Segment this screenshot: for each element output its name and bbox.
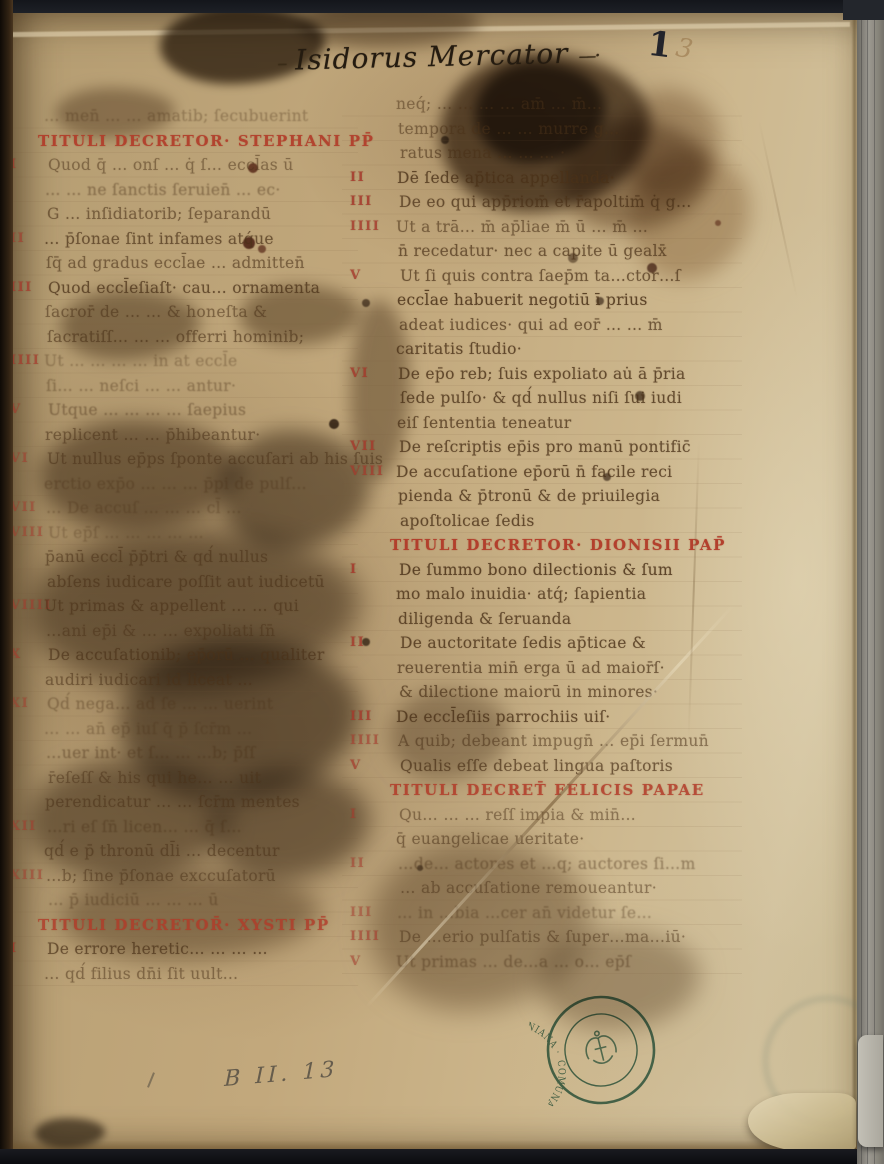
manuscript-line: Utque … … … … ſaepius — [48, 398, 360, 423]
manuscript-line: De eccl̄eſiis parrochiis uiſ· — [396, 705, 740, 730]
manuscript-line: …ani ep̄i & … … expoliati ſn̄ — [46, 619, 358, 644]
capitulum-entry: VUt primas … de…a … o… ep̄ſ — [342, 950, 742, 975]
entry-lines: Dē ſede ap̄tica appellanda· — [398, 166, 742, 191]
manuscript-line: ratus mena … … … · — [400, 141, 744, 166]
manuscript-line: … p̄ſonae ſint infames atq́ue — [44, 227, 356, 252]
capitulum-entry: VIIIUt ep̄ſ … … … … …p̄anū eccl̄ p̄p̄tri… — [2, 521, 358, 595]
book-edge-right — [857, 0, 884, 1164]
manuscript-line: ſede pulſo· & qd́ nullus niſi ſui iudi — [400, 386, 744, 411]
manuscript-line: De …erio pulſatis & ſuper…ma…iū· — [399, 925, 743, 950]
manuscript-line: reuerentia min̄ erga ū ad maior̄ſ· — [397, 656, 741, 681]
entry-lines: De ep̄o reb; ſuis expoliato au̇ ā p̄ria… — [398, 362, 742, 436]
entry-lines: Qualis eſſe debeat lingua paſtoris — [398, 754, 742, 779]
manuscript-line: erctio exp̄o … … … p̄pi de pulſ… — [44, 472, 380, 497]
header-ornament-right: ––· — [578, 43, 599, 67]
entry-lines: … in …bia …cer an̄ videtur ſe… — [398, 901, 742, 926]
capitulum-entry: II… p̄ſonae ſint infames atq́ueſq̄ ad gr… — [2, 227, 358, 276]
entry-lines: Utque … … … … ſaepiusreplicent … … p̄hib… — [46, 398, 358, 447]
chapter-numeral: I — [342, 803, 398, 852]
manuscript-line: r̄eſeſſ & his qui he… … uit — [48, 766, 360, 791]
capitulum-entry: VIUt nullus ep̄ps ſponte accuſari ab his… — [2, 447, 358, 496]
capitulum-entry: IIIDe eccl̄eſiis parrochiis uiſ· — [342, 705, 742, 730]
manuscript-line: p̄anū eccl̄ p̄p̄tri & qd́ nullus — [45, 545, 357, 570]
capitulum-entry: IDe ſummo bono dilectionis & ſummo malo … — [342, 558, 742, 632]
entry-lines: De errore heretic… … … …… qd́ filius dn̄… — [46, 937, 358, 986]
stamp-emblem-icon — [582, 1028, 619, 1067]
entry-lines: Quod eccl̄eſiaſt· cau… ornamentaſacror̄ … — [46, 276, 358, 350]
capitulum-entry: IIIIA quib; debeant impugn̄ … ep̄i ſermu… — [342, 729, 742, 754]
manuscript-line: & dilectione maiorū in minores· — [399, 680, 743, 705]
manuscript-line: A quib; debeant impugn̄ … ep̄i ſermun̄ — [398, 729, 742, 754]
manuscript-line: mo malo inuidia· atq́; ſapientia — [396, 582, 740, 607]
capitulum-entry: III… in …bia …cer an̄ videtur ſe… — [342, 901, 742, 926]
manuscript-line: replicent … … p̄hibeantur· — [45, 423, 357, 448]
capitulum-entry: VIIDe reſcriptis ep̄is pro manū pontific… — [342, 435, 742, 460]
manuscript-line: Qu… … … reſſ impia & min̄… — [399, 803, 743, 828]
chapter-numeral: V — [342, 264, 398, 362]
manuscript-line: De auctoritate ſedis ap̄ticae & — [400, 631, 744, 656]
manuscript-line: pienda & p̄tronū & de priuilegia — [398, 484, 742, 509]
entry-lines: Ut ep̄ſ … … … … …p̄anū eccl̄ p̄p̄tri & q… — [46, 521, 358, 595]
manuscript-line: Quod eccl̄eſiaſt· cau… ornamenta — [48, 276, 360, 301]
manuscript-line: q̄ euangelicae ueritate· — [396, 827, 740, 852]
entry-lines: … p̄ſonae ſint infames atq́ueſq̄ ad grad… — [46, 227, 358, 276]
entry-lines: Ut primas & appellent … … qui…ani ep̄i &… — [46, 594, 358, 643]
capitulum-entry: VUt ſi quis contra ſaep̄m ta…ctor…ſeccl̄… — [342, 264, 742, 362]
manuscript-line: audiri iudicari id liceat … — [45, 668, 357, 693]
manuscript-line: … in …bia …cer an̄ videtur ſe… — [397, 901, 741, 926]
leaf-edge-line — [867, 0, 868, 1164]
chapter-numeral: II — [342, 166, 398, 191]
manuscript-line: adeat iudices· qui ad eor̄ … … m̄ — [399, 313, 743, 338]
leaf-edge-line — [861, 0, 862, 1164]
chapter-numeral: II — [342, 631, 398, 705]
chapter-numeral: I — [342, 558, 398, 632]
capitulum-entry: XDe accuſationib; ep̄orū … qualiteraudir… — [2, 643, 358, 692]
manuscript-line: Ut … … … … in at eccl̄e — [44, 349, 356, 374]
entry-lines: De accuſatione ep̄orū n̄ facile recipien… — [398, 460, 742, 534]
manuscript-line: Ut a trā… m̄ ap̄liae m̄ ū … m̄ … — [396, 215, 740, 240]
manuscript-line: …uer int· et ſ… … …b; p̄ſſ — [46, 741, 358, 766]
capitulum-entry: VUtque … … … … ſaepiusreplicent … … p̄hi… — [2, 398, 358, 447]
manuscript-line: De reſcriptis ep̄is pro manū pontific̄ — [399, 435, 743, 460]
manuscript-line: Ut nullus ep̄ps ſponte accuſari ab his ſ… — [47, 447, 383, 472]
manuscript-line: neq́; … … … … am̄ … m̄… — [396, 92, 740, 117]
capitulum-entry: IIDe auctoritate ſedis ap̄ticae &reueren… — [342, 631, 742, 705]
manuscript-line: …b; ſine p̄ſonae exccuſatorū — [46, 864, 358, 889]
manuscript-line: Quod q̄ … onſ … q̇ ſ… eccl̄as ū — [48, 153, 360, 178]
book-strap — [858, 1035, 883, 1147]
entry-lines: …b; ſine p̄ſonae exccuſatorū… p̄ iudiciū… — [46, 864, 358, 913]
chapter-numeral: III — [342, 705, 398, 730]
chapter-numeral: IIII — [342, 215, 398, 264]
entry-lines: De ſummo bono dilectionis & ſummo malo i… — [398, 558, 742, 632]
capitulum-entry: VIDe ep̄o reb; ſuis expoliato au̇ ā p̄r… — [342, 362, 742, 436]
entry-lines: … De accuſ … … … cl̄ … — [46, 496, 358, 521]
manuscript-line: De accuſationib; ep̄orū … qualiter — [48, 643, 360, 668]
capitulum-entry: VIIIIUt primas & appellent … … qui…ani e… — [2, 594, 358, 643]
manuscript-line: Ut primas … de…a … o… ep̄ſ — [396, 950, 740, 975]
manuscript-line: eccl̄ae habuerit negotiū ī prius — [397, 288, 741, 313]
manuscript-line: G … inſidiatorib; ſeparandū — [47, 202, 359, 227]
manuscript-line: Qd́ nega… ad ſe … … uerint — [47, 692, 359, 717]
entry-lines: Ut nullus ep̄ps ſponte accuſari ab his ſ… — [46, 447, 382, 496]
manuscript-photo: – Isidorus Mercator ––· 1 3 … men̄ … … a… — [0, 0, 884, 1164]
leaf-edge-line — [874, 0, 875, 1164]
chapter-numeral: II — [342, 852, 398, 901]
capitulum-entry: IIIIUt … … … … in at eccl̄eſi… … neſci …… — [2, 349, 358, 398]
entry-lines: De eccl̄eſiis parrochiis uiſ· — [398, 705, 742, 730]
manuscript-line: Ut ep̄ſ … … … … … — [48, 521, 360, 546]
rubric-heading: TITULI DECRETOR· STEPHANI PP̄ — [38, 129, 358, 154]
manuscript-line: ſacror̄ de … … & honeſta & — [45, 300, 357, 325]
manuscript-line: ſacratiſſ… … … offerri hominib; — [47, 325, 359, 350]
manuscript-line: tempora de … … murre g… — [398, 117, 742, 142]
rubric-heading: TITULI DECRETOR· DIONISII PAP̄ — [390, 533, 742, 558]
chapter-numeral: V — [342, 950, 398, 975]
capitulum-entry: IIIIDe …erio pulſatis & ſuper…ma…iū· — [342, 925, 742, 950]
folio-number: 1 — [646, 24, 674, 67]
manuscript-line: … … ne ſanctis ſeruien̄ … ec· — [45, 178, 357, 203]
capitulum-entry: IIIDe eo qui app̄riom̄ et r̄apoltim̄ q̇ … — [342, 190, 742, 215]
manuscript-line: Ut primas & appellent … … qui — [44, 594, 356, 619]
chapter-numeral: IIII — [342, 729, 398, 754]
manuscript-line: … qd́ filius dn̄i ſit uult… — [44, 962, 356, 987]
binding-edge-left — [0, 0, 13, 1164]
entry-lines: De …erio pulſatis & ſuper…ma…iū· — [398, 925, 742, 950]
manuscript-line: … ab accuſatione remoueantur· — [400, 876, 744, 901]
capitulum-entry: IQuod q̄ … onſ … q̇ ſ… eccl̄as ū… … ne ſ… — [2, 153, 358, 227]
chapter-numeral: VI — [342, 362, 398, 436]
entry-lines: Ut primas … de…a … o… ep̄ſ — [398, 950, 742, 975]
capitulum-entry: XIII…b; ſine p̄ſonae exccuſatorū… p̄ iud… — [2, 864, 358, 913]
capitulum-entry: IIIIUt a trā… m̄ ap̄liae m̄ ū … m̄ …n̄ … — [342, 215, 742, 264]
entry-lines: …de… actores et …q; auctores ſi…m… ab ac… — [398, 852, 742, 901]
capitulum-entry: VIIIDe accuſatione ep̄orū n̄ facile reci… — [342, 460, 742, 534]
entry-lines: De eo qui app̄riom̄ et r̄apoltim̄ q̇ g… — [398, 190, 742, 215]
page-fold-line — [853, 14, 856, 1148]
manuscript-line: caritatis ſtudio· — [396, 337, 740, 362]
manuscript-line: ſi… … neſci … … antur· — [46, 374, 358, 399]
entry-lines: …ri eſ ſn̄ licen… … q̄ ſ…qd́ e p̄ thronū… — [46, 815, 358, 864]
manuscript-line: n̄ recedatur· nec a capite ū gealx̄ — [398, 239, 742, 264]
manuscript-line: … De accuſ … … … cl̄ … — [46, 496, 358, 521]
left-text-column: … men̄ … … amatib; ſecubuerintTITULI DEC… — [2, 104, 358, 986]
capitulum-entry: IIIQuod eccl̄eſiaſt· cau… ornamentaſacro… — [2, 276, 358, 350]
entry-lines: Ut a trā… m̄ ap̄liae m̄ ū … m̄ …n̄ rece… — [398, 215, 742, 264]
capitulum-entry: IDe errore heretic… … … …… qd́ filius dn… — [2, 937, 358, 986]
chapter-numeral: III — [342, 901, 398, 926]
manuscript-line: Ut ſi quis contra ſaep̄m ta…ctor…ſ — [400, 264, 744, 289]
chapter-numeral: VIII — [342, 460, 398, 534]
photo-edge-top — [0, 0, 884, 13]
manuscript-line: De accuſatione ep̄orū n̄ facile reci — [396, 460, 740, 485]
capitulum-entry: VII… De accuſ … … … cl̄ … — [2, 496, 358, 521]
entry-lines: Qd́ nega… ad ſe … … uerint… … an̄ ep̄ iu… — [46, 692, 358, 815]
entry-lines: A quib; debeant impugn̄ … ep̄i ſermun̄ — [398, 729, 742, 754]
entry-lines: Ut ſi quis contra ſaep̄m ta…ctor…ſeccl̄a… — [398, 264, 742, 362]
header-title-text: Isidorus Mercator — [295, 37, 569, 77]
photo-corner-dark — [843, 0, 884, 20]
manuscript-line: eiſ ſententia teneatur — [397, 411, 741, 436]
capitulum-entry: IIDē ſede ap̄tica appellanda· — [342, 166, 742, 191]
capitulum-entry: II…de… actores et …q; auctores ſi…m… ab … — [342, 852, 742, 901]
manuscript-line: …ri eſ ſn̄ licen… … q̄ ſ… — [47, 815, 359, 840]
entry-lines: Ut … … … … in at eccl̄eſi… … neſci … … a… — [46, 349, 358, 398]
manuscript-line: … p̄ iudiciū … … … ū — [48, 888, 360, 913]
right-text-column: neq́; … … … … am̄ … m̄…tempora de … … mu… — [342, 92, 742, 974]
capitulum-entry: XII…ri eſ ſn̄ licen… … q̄ ſ…qd́ e p̄ thr… — [2, 815, 358, 864]
chapter-numeral: V — [342, 754, 398, 779]
capitulum-entry: IQu… … … reſſ impia & min̄…q̄ euangelica… — [342, 803, 742, 852]
chapter-numeral: VII — [342, 435, 398, 460]
manuscript-line: perendicatur … … ſcr̄m mentes — [45, 790, 357, 815]
entry-lines: De reſcriptis ep̄is pro manū pontific̄ — [398, 435, 742, 460]
chapter-numeral: III — [342, 190, 398, 215]
manuscript-line: abſens iudicare poſſit aut iudicetū — [47, 570, 359, 595]
manuscript-line: apoſtolicae ſedis — [400, 509, 744, 534]
photo-edge-bottom — [0, 1149, 884, 1164]
manuscript-line: De eo qui app̄riom̄ et r̄apoltim̄ q̇ g… — [399, 190, 743, 215]
manuscript-line: qd́ e p̄ thronū dl̄i … decentur — [44, 839, 356, 864]
entry-lines: Quod q̄ … onſ … q̇ ſ… eccl̄as ū… … ne ſa… — [46, 153, 358, 227]
manuscript-line: De ep̄o reb; ſuis expoliato au̇ ā p̄ria — [398, 362, 742, 387]
manuscript-line: De ſummo bono dilectionis & ſum — [399, 558, 743, 583]
capitulum-entry: VQualis eſſe debeat lingua paſtoris — [342, 754, 742, 779]
manuscript-line: ſq̄ ad gradus eccl̄ae … admitten̄ — [46, 251, 358, 276]
entry-lines: De auctoritate ſedis ap̄ticae &reuerenti… — [398, 631, 742, 705]
manuscript-line: De errore heretic… … … … — [47, 937, 359, 962]
header-ornament-left: – — [277, 51, 286, 75]
rubric-heading: TITULI DECRETOR̄· XYSTI PP̄ — [38, 913, 358, 938]
entry-lines: De accuſationib; ep̄orū … qualiteraudiri… — [46, 643, 358, 692]
manuscript-line: Dē ſede ap̄tica appellanda· — [397, 166, 741, 191]
capitulum-entry: XIQd́ nega… ad ſe … … uerint… … an̄ ep̄ … — [2, 692, 358, 815]
manuscript-line: …de… actores et …q; auctores ſi…m — [398, 852, 742, 877]
manuscript-line: … … an̄ ep̄ iuſ q̄ p̄ ſcr̄m … — [44, 717, 356, 742]
manuscript-line: Qualis eſſe debeat lingua paſtoris — [400, 754, 744, 779]
rubric-heading: TITULI DECRET̄ FELICIS PAPAE — [390, 778, 742, 803]
chapter-numeral: IIII — [342, 925, 398, 950]
entry-lines: Qu… … … reſſ impia & min̄…q̄ euangelicae… — [398, 803, 742, 852]
manuscript-line: diligenda & ſeruanda — [398, 607, 742, 632]
manuscript-line: … men̄ … … amatib; ſecubuerint — [44, 104, 356, 129]
